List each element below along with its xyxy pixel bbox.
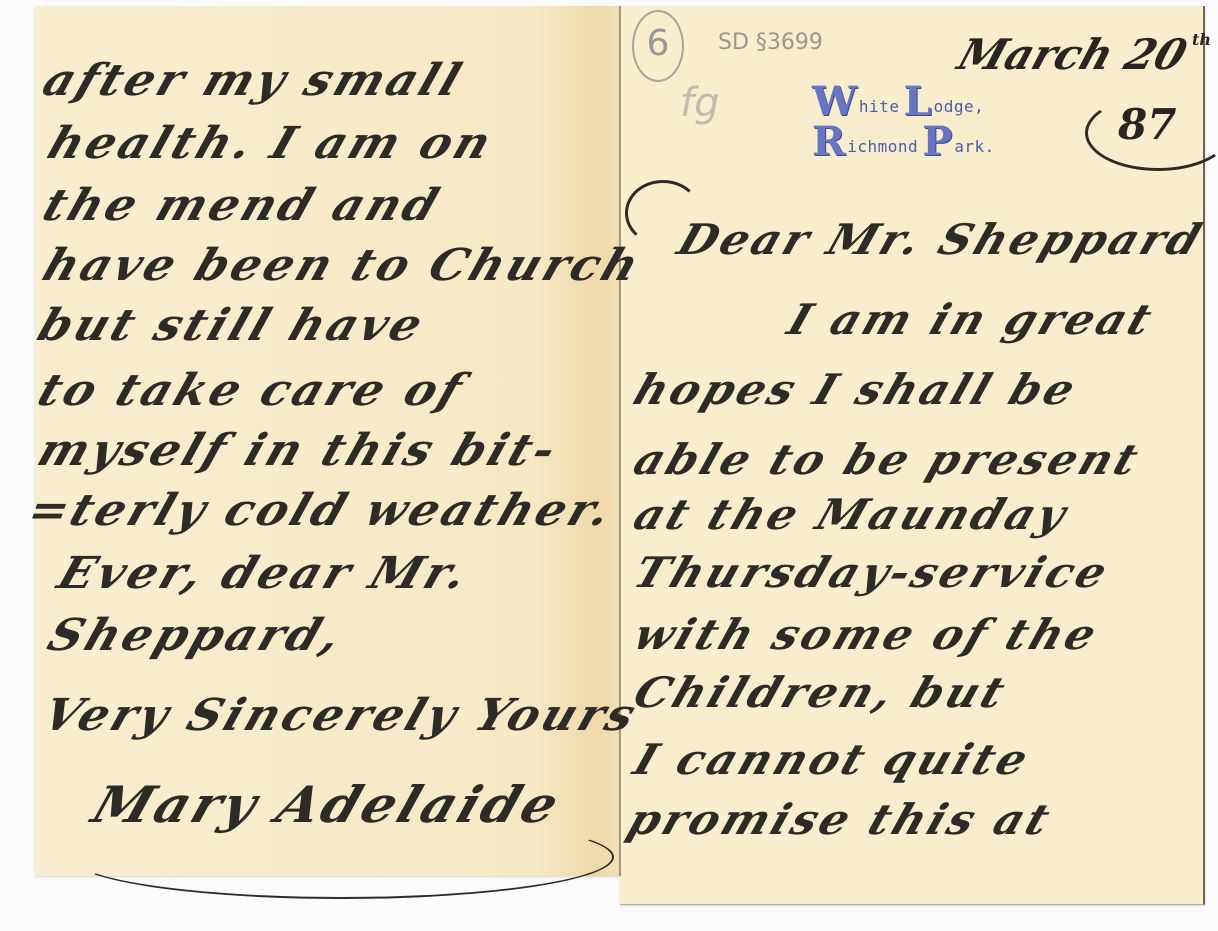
letter-line: at the Maunday	[628, 490, 1076, 539]
letterhead-text: ichmond	[847, 137, 918, 162]
letter-line: health. I am on	[41, 118, 500, 169]
letter-line: the mend and	[36, 180, 448, 231]
signature-flourish	[70, 815, 614, 899]
closing-line: Ever, dear Mr.	[51, 548, 476, 599]
letterhead-initial: W	[812, 82, 857, 122]
letterhead: W hite L odge, R ichmond P ark.	[812, 82, 999, 162]
letterhead-initial: L	[903, 82, 931, 122]
pencil-note: fg	[680, 80, 719, 126]
letter-line: Thursday-service	[628, 548, 1117, 597]
letter-line: to take care of	[31, 365, 471, 416]
letter-line: =terly cold weather.	[21, 485, 620, 536]
closing-line: Very Sincerely Yours	[36, 690, 645, 741]
letterhead-text: ark.	[954, 137, 995, 162]
letter-line: promise this at	[622, 795, 1059, 844]
letterhead-text: hite	[859, 97, 900, 122]
page-fold	[619, 6, 621, 876]
letter-line: have been to Church	[36, 240, 648, 291]
letter-line: but still have	[31, 300, 432, 351]
letterhead-line-2: R ichmond P ark.	[812, 122, 999, 162]
circled-archive-number: 6	[632, 10, 684, 82]
letterhead-initial: P	[922, 122, 952, 162]
closing-line: Sheppard,	[41, 610, 350, 661]
archive-reference: SD §3699	[718, 30, 823, 55]
letter-line: myself in this bit-	[31, 425, 565, 476]
letter-line: able to be present	[628, 435, 1148, 484]
letter-line: after my small	[36, 55, 470, 106]
letterhead-initial: R	[812, 122, 845, 162]
letter-line: I cannot quite	[628, 735, 1038, 784]
letter-line: hopes I shall be	[628, 365, 1085, 414]
salutation: Dear Mr. Sheppard	[672, 215, 1211, 264]
date-month-day: March 20	[952, 30, 1193, 79]
letter-line: I am in great	[782, 295, 1161, 344]
letterhead-line-1: W hite L odge,	[812, 82, 999, 122]
date-suffix: th	[1192, 30, 1211, 49]
letter-line: Children, but	[628, 668, 1015, 717]
date-flourish	[1085, 95, 1218, 171]
letter-line: with some of the	[628, 610, 1106, 659]
